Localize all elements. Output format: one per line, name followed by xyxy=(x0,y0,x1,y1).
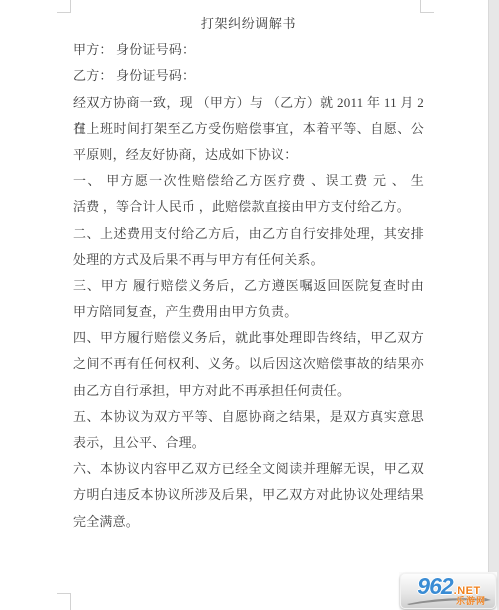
document-window: 打架纠纷调解书 甲方： 身份证号码：乙方： 身份证号码：经双方协商一致，现 （甲… xyxy=(0,0,499,610)
document-line: 完全满意。 xyxy=(73,509,424,535)
watermark-site-name: 乐游网 xyxy=(456,596,486,606)
document-line: 之间不再有任何权利、义务。以后因这次赔偿事故的结果亦 xyxy=(73,351,424,377)
watermark-logo: 962 .NET 乐游网 xyxy=(399,572,497,610)
document-line: 甲方陪同复查，产生费用由甲方负责。 xyxy=(73,299,424,325)
document-line: 三、甲方 履行赔偿义务后，乙方遵医嘱返回医院复查时由 xyxy=(73,273,424,299)
document-line: 五、本协议为双方平等、自愿协商之结果，是双方真实意思 xyxy=(73,404,424,430)
document-line: 二、上述费用支付给乙方后，由乙方自行安排处理，其安排 xyxy=(73,221,424,247)
document-line: 方明白违反本协议所涉及后果，甲乙双方对此协议处理结果 xyxy=(73,482,424,508)
document-body: 甲方： 身份证号码：乙方： 身份证号码：经双方协商一致，现 （甲方）与 （乙方）… xyxy=(73,37,424,535)
document-line: 四、甲方履行赔偿义务后，就此事处理即告终结，甲乙双方 xyxy=(73,325,424,351)
document-line: 六、本协议内容甲乙双方已经全文阅读并理解无误，甲乙双 xyxy=(73,456,424,482)
document-line: 处理的方式及后果不再与甲方有任何关系。 xyxy=(73,247,424,273)
document-line: 一、 甲方愿一次性赔偿给乙方医疗费 、误工费 元 、 生 xyxy=(73,168,424,194)
document-line: 由乙方自行承担，甲方对此不再承担任何责任。 xyxy=(73,378,424,404)
document-title: 打架纠纷调解书 xyxy=(73,11,424,37)
page-outside-strip xyxy=(488,0,499,610)
document-page: 打架纠纷调解书 甲方： 身份证号码：乙方： 身份证号码：经双方协商一致，现 （甲… xyxy=(73,11,424,535)
document-line: 活费 ，等合计人民币 ，此赔偿款直接由甲方支付给乙方。 xyxy=(73,194,424,220)
margin-crop-mark-top-left xyxy=(57,0,71,13)
document-line: 甲方： 身份证号码： xyxy=(73,37,424,63)
document-line: 经双方协商一致，现 （甲方）与 （乙方）就 2011 年 11 月 2 日 xyxy=(73,90,424,116)
watermark-badge: 962 .NET 乐游网 xyxy=(400,573,496,609)
document-line: 乙方： 身份证号码： xyxy=(73,63,424,89)
document-line: 表示，且公平、合理。 xyxy=(73,430,424,456)
document-line: 平原则，经友好协商，达成如下协议： xyxy=(73,142,424,168)
margin-crop-mark-bottom-left xyxy=(57,593,71,610)
document-line: 在上班时间打架至乙方受伤赔偿事宜，本着平等、自愿、公 xyxy=(73,116,424,142)
